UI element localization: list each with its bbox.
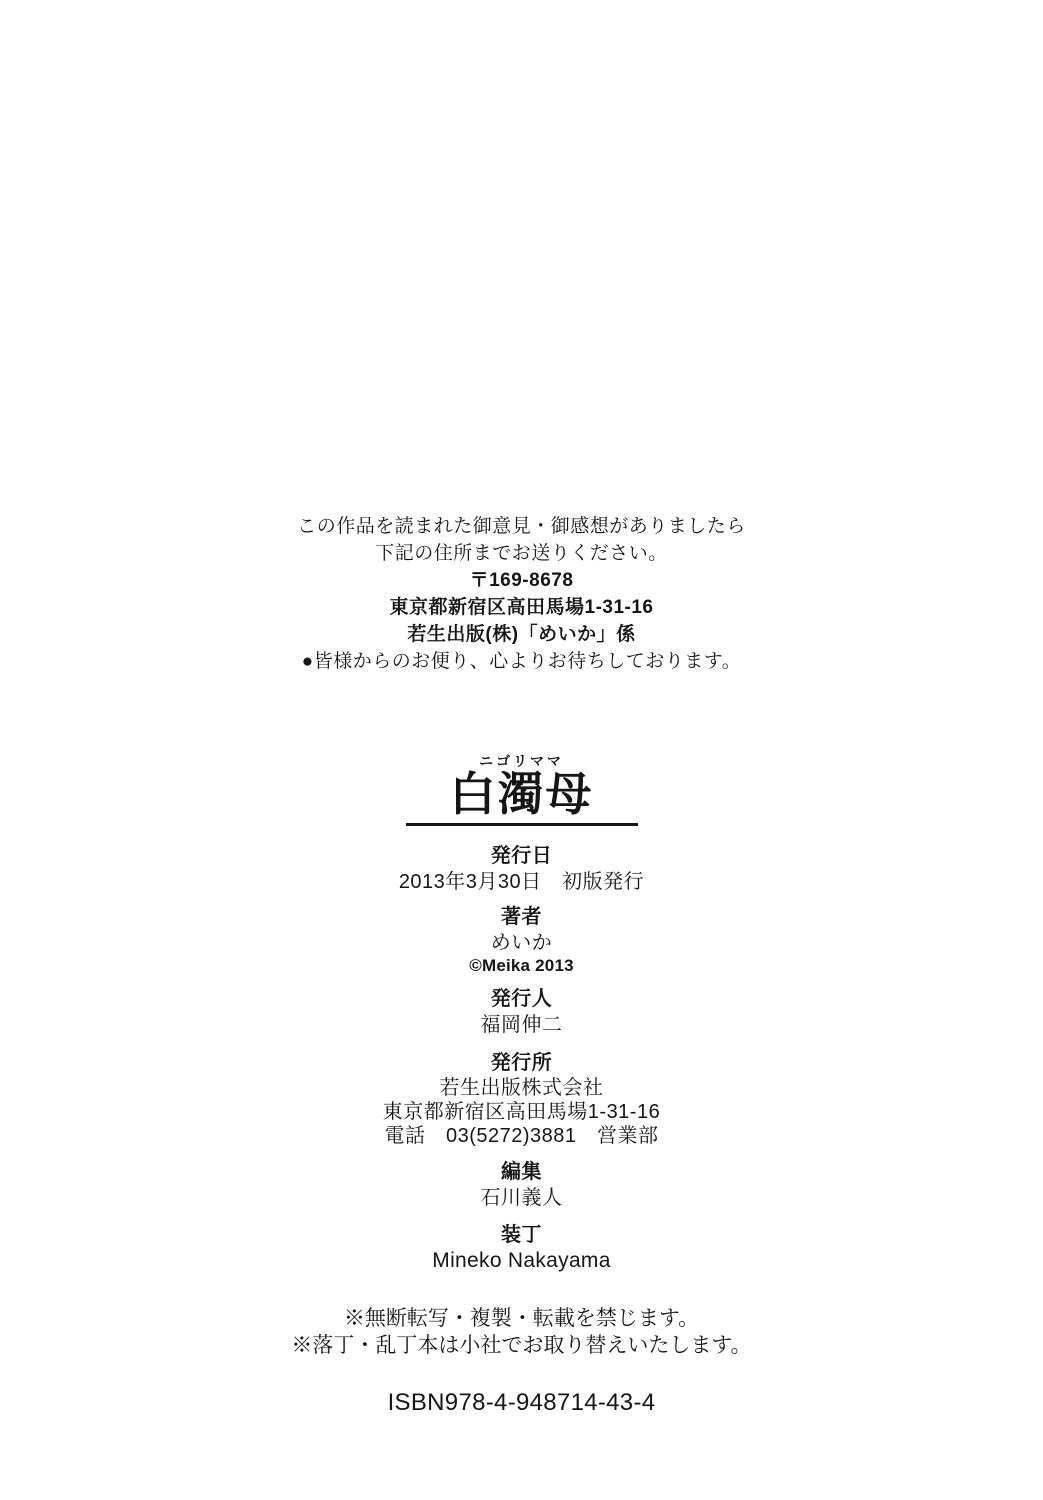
section-issuer: 発行人 福岡伸二	[0, 986, 1043, 1038]
publisher-company: 若生出版株式会社	[0, 1076, 1043, 1100]
author-name: めいか	[0, 930, 1043, 956]
section-author: 著者 めいか ©Meika 2013	[0, 904, 1043, 975]
title-underline: 白濁母	[406, 771, 638, 826]
section-publisher: 発行所 若生出版株式会社 東京都新宿区高田馬場1-31-16 電話 03(527…	[0, 1050, 1043, 1148]
publisher-address: 東京都新宿区高田馬場1-31-16	[0, 1100, 1043, 1124]
legal-notices: ※無断転写・複製・転載を禁じます。 ※落丁・乱丁本は小社でお取り替えいたします。	[0, 1305, 1043, 1359]
legal-line-1: ※無断転写・複製・転載を禁じます。	[0, 1305, 1043, 1332]
section-design: 装丁 Mineko Nakayama	[0, 1222, 1043, 1274]
design-label: 装丁	[0, 1222, 1043, 1248]
designer-name: Mineko Nakayama	[0, 1248, 1043, 1274]
issuer-name: 福岡伸二	[0, 1012, 1043, 1038]
author-label: 著者	[0, 904, 1043, 930]
editor-name: 石川義人	[0, 1185, 1043, 1211]
publisher-phone: 電話 03(5272)3881 営業部	[0, 1124, 1043, 1148]
colophon-page: この作品を読まれた御意見・御感想がありましたら 下記の住所までお送りください。 …	[0, 0, 1043, 1500]
issuer-label: 発行人	[0, 986, 1043, 1012]
isbn: ISBN978-4-948714-43-4	[0, 1390, 1043, 1416]
feedback-closing: ●皆様からのお便り、心よりお待ちしております。	[0, 648, 1043, 675]
publisher-label: 発行所	[0, 1050, 1043, 1076]
title-block: ニゴリママ 白濁母	[0, 754, 1043, 826]
section-publication-date: 発行日 2013年3月30日 初版発行	[0, 843, 1043, 895]
copyright-line: ©Meika 2013	[0, 956, 1043, 975]
section-editor: 編集 石川義人	[0, 1159, 1043, 1211]
postal-code: 〒169-8678	[0, 567, 1043, 594]
publication-date-label: 発行日	[0, 843, 1043, 869]
editor-label: 編集	[0, 1159, 1043, 1185]
publication-date-value: 2013年3月30日 初版発行	[0, 869, 1043, 895]
book-title: 白濁母	[450, 771, 594, 819]
feedback-recipient: 若生出版(株)「めいか」係	[0, 621, 1043, 648]
feedback-line-2: 下記の住所までお送りください。	[0, 540, 1043, 567]
feedback-line-1: この作品を読まれた御意見・御感想がありましたら	[0, 513, 1043, 540]
legal-line-2: ※落丁・乱丁本は小社でお取り替えいたします。	[0, 1332, 1043, 1359]
reader-feedback-block: この作品を読まれた御意見・御感想がありましたら 下記の住所までお送りください。 …	[0, 513, 1043, 675]
feedback-address: 東京都新宿区高田馬場1-31-16	[0, 594, 1043, 621]
